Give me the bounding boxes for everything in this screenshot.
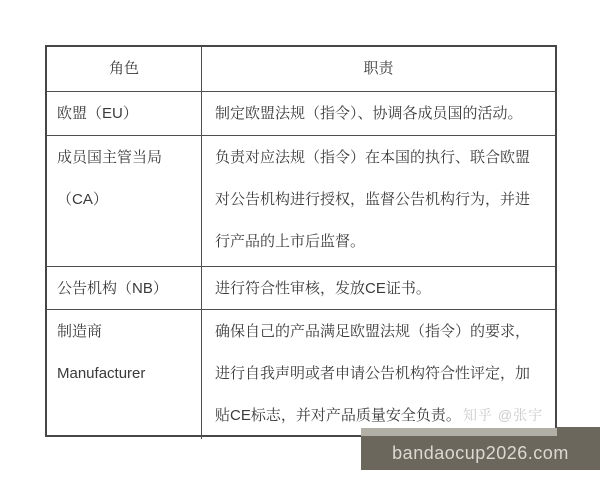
table-header-row: 角色 职责 [47, 47, 555, 91]
table-row: 欧盟（EU） 制定欧盟法规（指令）、协调各成员国的活动。 [47, 91, 555, 135]
banner-light-strip [361, 428, 557, 436]
table-row: 公告机构（NB） 进行符合性审核，发放CE证书。 [47, 266, 555, 309]
site-url-banner: bandaocup2026.com [361, 436, 600, 470]
header-role: 角色 [47, 47, 202, 91]
duty-cell: 负责对应法规（指令）在本国的执行、联合欧盟对公告机构进行授权，监督公告机构行为，… [202, 136, 555, 266]
role-cell: 欧盟（EU） [47, 92, 202, 135]
table-row: 成员国主管当局 （CA） 负责对应法规（指令）在本国的执行、联合欧盟对公告机构进… [47, 135, 555, 266]
zhihu-watermark: 知乎 @张宇 [463, 405, 563, 425]
roles-duties-table: 角色 职责 欧盟（EU） 制定欧盟法规（指令）、协调各成员国的活动。 成员国主管… [45, 45, 557, 437]
role-cell: 制造商 Manufacturer [47, 310, 202, 439]
header-duty: 职责 [202, 47, 555, 91]
duty-cell: 制定欧盟法规（指令）、协调各成员国的活动。 [202, 92, 555, 135]
role-cell: 公告机构（NB） [47, 267, 202, 309]
role-cell: 成员国主管当局 （CA） [47, 136, 202, 266]
duty-cell: 进行符合性审核，发放CE证书。 [202, 267, 555, 309]
